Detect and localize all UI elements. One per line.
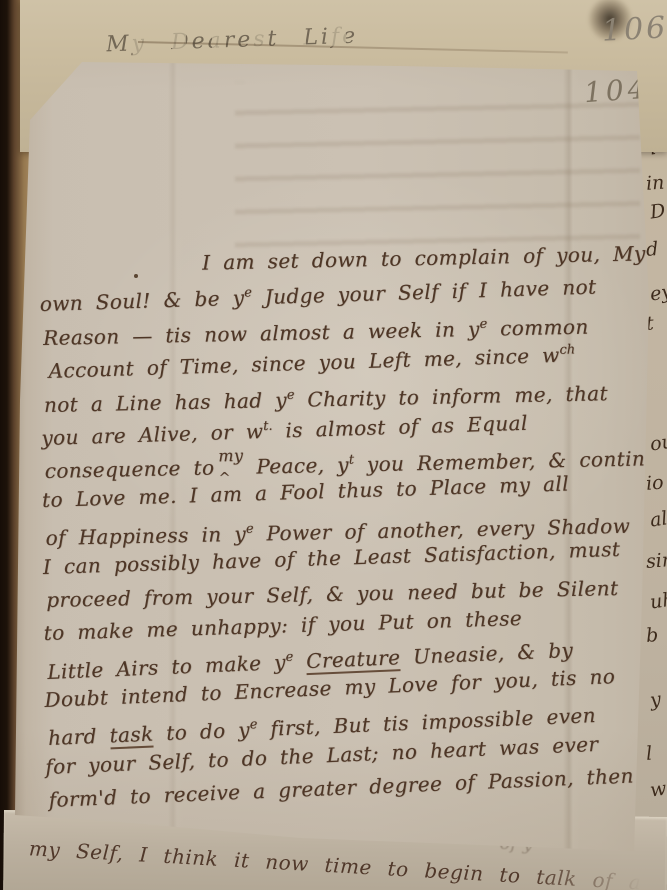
letter-sheet: 104 I am set down to complain of you, My… xyxy=(0,0,667,890)
inserted-word: my xyxy=(218,439,244,473)
edge-word-fragment: ou xyxy=(649,430,667,455)
edge-word-fragment: in xyxy=(645,171,667,195)
pencil-folio-number-106: 106 xyxy=(601,10,667,48)
text-segment: ch xyxy=(559,343,575,358)
text-segment xyxy=(293,649,307,674)
edge-word-fragment: y xyxy=(649,686,667,711)
text-segment: is almost of as Equal xyxy=(272,411,528,443)
text-segment: own Soul! & be y xyxy=(39,286,244,316)
text-segment: hard xyxy=(48,724,110,751)
text-segment: to do y xyxy=(153,718,250,746)
edge-word-fragment: w xyxy=(649,776,667,801)
edge-word-fragment: l xyxy=(645,741,667,765)
edge-word-fragment: d xyxy=(645,237,667,261)
text-segment: Judge your Self if I have not xyxy=(252,275,597,310)
edge-word-fragment: b xyxy=(645,623,667,647)
edge-word-fragment: D xyxy=(649,198,667,223)
bleed-through-ghost-text xyxy=(235,82,640,254)
edge-word-fragment: ey xyxy=(649,280,667,305)
edge-word-fragment: io xyxy=(645,471,667,495)
edge-word-fragment: al xyxy=(649,506,667,531)
letter-body: I am set down to complain of you, Myown … xyxy=(42,243,649,818)
underlined-word: task xyxy=(109,722,154,750)
manuscript-photo: { "page": { "description": "photograph o… xyxy=(0,0,667,890)
edge-word-fragment: uh xyxy=(649,588,667,613)
edge-word-fragment: sin xyxy=(645,549,667,573)
